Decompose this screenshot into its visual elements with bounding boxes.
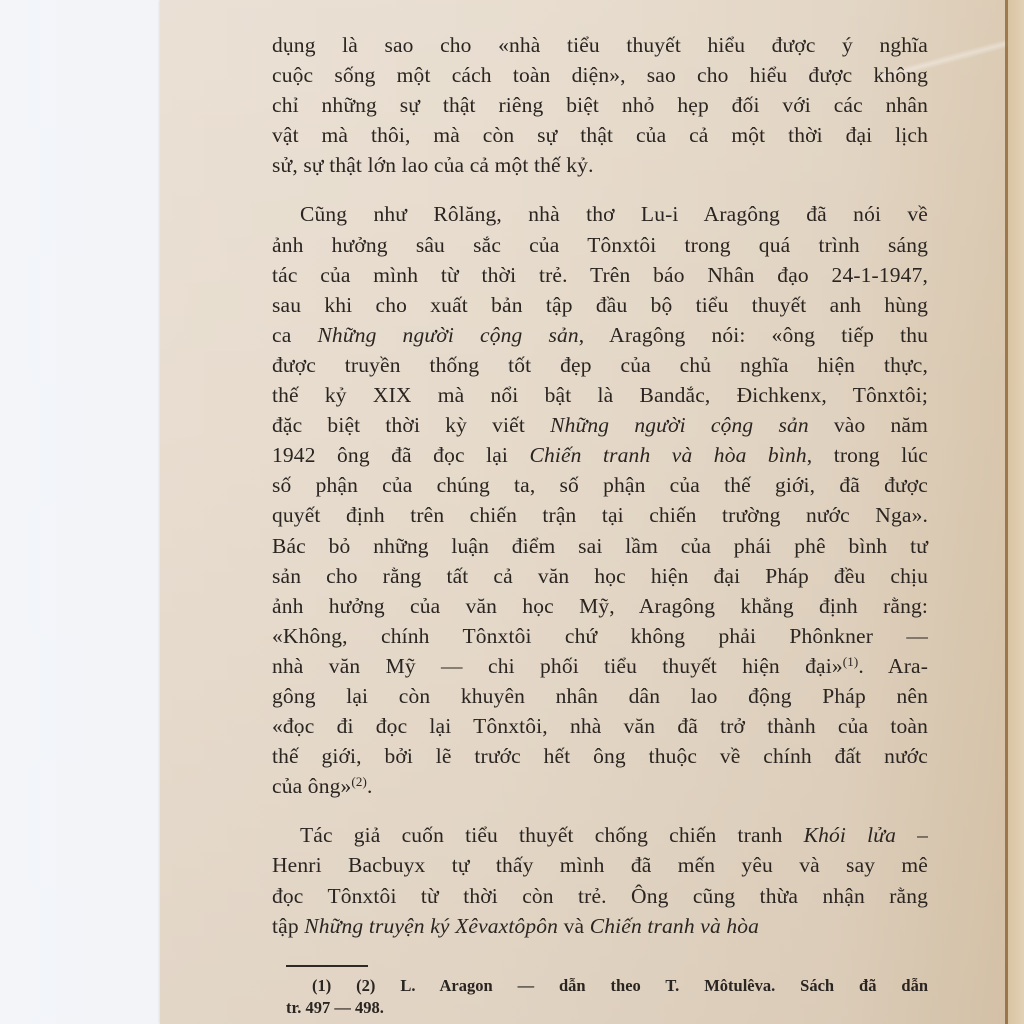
text-run: đọc Tônxtôi từ thời còn trẻ. Ông cũng th…	[272, 884, 928, 908]
text-run: nhà văn Mỹ — chi phối tiểu thuyết hiện đ…	[272, 654, 843, 678]
text-line: Bác bỏ những luận điểm sai lầm của phái …	[272, 531, 928, 561]
text-run: «đọc đi đọc lại Tônxtôi, nhà văn đã trở …	[272, 714, 928, 738]
text-line: Henri Bacbuyx tự thấy mình đã mến yêu và…	[272, 850, 928, 880]
italic-title: Những người cộng sản	[550, 413, 809, 437]
footnote-ref: (2)	[351, 774, 367, 789]
text-line: sản cho rằng tất cả văn học hiện đại Phá…	[272, 561, 928, 591]
text-line: ảnh hưởng sâu sắc của Tônxtôi trong quá …	[272, 230, 928, 260]
text-run: , Aragông nói: «ông tiếp thu	[579, 323, 928, 347]
paragraph-gap	[272, 801, 928, 820]
text-line: cuộc sống một cách toàn diện», sao cho h…	[272, 60, 928, 90]
text-line: vật mà thôi, mà còn sự thật của cả một t…	[272, 120, 928, 150]
text-run: đặc biệt thời kỳ viết	[272, 413, 550, 437]
text-line: 1942 ông đã đọc lại Chiến tranh và hòa b…	[272, 440, 928, 470]
text-line: Cũng như Rôlăng, nhà thơ Lu-i Aragông đã…	[272, 199, 928, 229]
text-run: thế giới, bởi lẽ trước hết ông thuộc về …	[272, 744, 928, 768]
adjacent-page-edge	[1008, 0, 1024, 1024]
italic-title: Những truyện ký Xêvaxtôpôn	[304, 914, 558, 938]
text-run: .	[367, 774, 373, 798]
footnote-divider	[286, 965, 368, 967]
text-run: sau khi cho xuất bản tập đầu bộ tiểu thu…	[272, 293, 928, 317]
text-run: 1942 ông đã đọc lại	[272, 443, 529, 467]
text-run: số phận của chúng ta, số phận của thế gi…	[272, 473, 928, 497]
paragraph: dụng là sao cho «nhà tiểu thuyết hiểu đư…	[272, 30, 928, 180]
text-line: tập Những truyện ký Xêvaxtôpôn và Chiến …	[272, 911, 928, 941]
italic-title: Khói lửa	[804, 823, 896, 847]
text-run: . Ara-	[858, 654, 928, 678]
text-run: –	[896, 823, 928, 847]
text-line: được truyền thống tốt đẹp của chủ nghĩa …	[272, 350, 928, 380]
text-run: Cũng như Rôlăng, nhà thơ Lu-i Aragông đã…	[300, 202, 928, 226]
text-run: chỉ những sự thật riêng biệt nhỏ hẹp đối…	[272, 93, 928, 117]
text-run: ảnh hưởng sâu sắc của Tônxtôi trong quá …	[272, 233, 928, 257]
footnotes: (1) (2) L. Aragon — dẫn theo T. Môtulêva…	[286, 975, 928, 1019]
text-run: dụng là sao cho «nhà tiểu thuyết hiểu đư…	[272, 33, 928, 57]
text-run: và	[558, 914, 590, 938]
text-line: đọc Tônxtôi từ thời còn trẻ. Ông cũng th…	[272, 881, 928, 911]
text-line: nhà văn Mỹ — chi phối tiểu thuyết hiện đ…	[272, 651, 928, 681]
text-run: sản cho rằng tất cả văn học hiện đại Phá…	[272, 564, 928, 588]
text-run: gông lại còn khuyên nhân dân lao động Ph…	[272, 684, 928, 708]
text-run: vật mà thôi, mà còn sự thật của cả một t…	[272, 123, 928, 147]
text-run: tác của mình từ thời trẻ. Trên báo Nhân …	[272, 263, 928, 287]
footnote-ref: (1)	[843, 654, 859, 669]
text-run: của ông»	[272, 774, 351, 798]
text-line: «đọc đi đọc lại Tônxtôi, nhà văn đã trở …	[272, 711, 928, 741]
italic-title: Những người cộng sản	[317, 323, 578, 347]
text-line: gông lại còn khuyên nhân dân lao động Ph…	[272, 681, 928, 711]
text-run: «Không, chính Tônxtôi chứ không phải Phô…	[272, 624, 928, 648]
italic-title: Chiến tranh và hòa	[590, 914, 759, 938]
text-line: ảnh hưởng của văn học Mỹ, Aragông khẳng …	[272, 591, 928, 621]
paragraph-gap	[272, 180, 928, 199]
text-run: , trong lúc	[807, 443, 928, 467]
text-line: của ông»(2).	[272, 771, 928, 801]
text-run: quyết định trên chiến trận tại chiến trư…	[272, 503, 928, 527]
text-run: Tác giả cuốn tiểu thuyết chống chiến tra…	[300, 823, 804, 847]
body-text: dụng là sao cho «nhà tiểu thuyết hiểu đư…	[272, 30, 928, 941]
text-run: vào năm	[809, 413, 928, 437]
text-line: thế kỷ XIX mà nổi bật là Bandắc, Đichken…	[272, 380, 928, 410]
text-line: tác của mình từ thời trẻ. Trên báo Nhân …	[272, 260, 928, 290]
text-line: thế giới, bởi lẽ trước hết ông thuộc về …	[272, 741, 928, 771]
text-run: tập	[272, 914, 304, 938]
text-run: được truyền thống tốt đẹp của chủ nghĩa …	[272, 353, 928, 377]
text-line: sử, sự thật lớn lao của cả một thế kỷ.	[272, 150, 928, 180]
text-line: ca Những người cộng sản, Aragông nói: «ô…	[272, 320, 928, 350]
text-run: ca	[272, 323, 317, 347]
text-line: sau khi cho xuất bản tập đầu bộ tiểu thu…	[272, 290, 928, 320]
text-run: Henri Bacbuyx tự thấy mình đã mến yêu và…	[272, 853, 928, 877]
text-run: thế kỷ XIX mà nổi bật là Bandắc, Đichken…	[272, 383, 928, 407]
paragraph: Cũng như Rôlăng, nhà thơ Lu-i Aragông đã…	[272, 199, 928, 801]
text-line: Tác giả cuốn tiểu thuyết chống chiến tra…	[272, 820, 928, 850]
text-run: sử, sự thật lớn lao của cả một thế kỷ.	[272, 153, 594, 177]
text-run: cuộc sống một cách toàn diện», sao cho h…	[272, 63, 928, 87]
paragraph: Tác giả cuốn tiểu thuyết chống chiến tra…	[272, 820, 928, 940]
text-line: đặc biệt thời kỳ viết Những người cộng s…	[272, 410, 928, 440]
text-run: Bác bỏ những luận điểm sai lầm của phái …	[272, 534, 928, 558]
text-line: chỉ những sự thật riêng biệt nhỏ hẹp đối…	[272, 90, 928, 120]
text-line: quyết định trên chiến trận tại chiến trư…	[272, 500, 928, 530]
text-line: dụng là sao cho «nhà tiểu thuyết hiểu đư…	[272, 30, 928, 60]
footnote-line: (1) (2) L. Aragon — dẫn theo T. Môtulêva…	[286, 975, 928, 997]
italic-title: Chiến tranh và hòa bình	[529, 443, 806, 467]
footnote-line: tr. 497 — 498.	[286, 997, 928, 1019]
text-line: «Không, chính Tônxtôi chứ không phải Phô…	[272, 621, 928, 651]
text-line: số phận của chúng ta, số phận của thế gi…	[272, 470, 928, 500]
text-run: ảnh hưởng của văn học Mỹ, Aragông khẳng …	[272, 594, 928, 618]
